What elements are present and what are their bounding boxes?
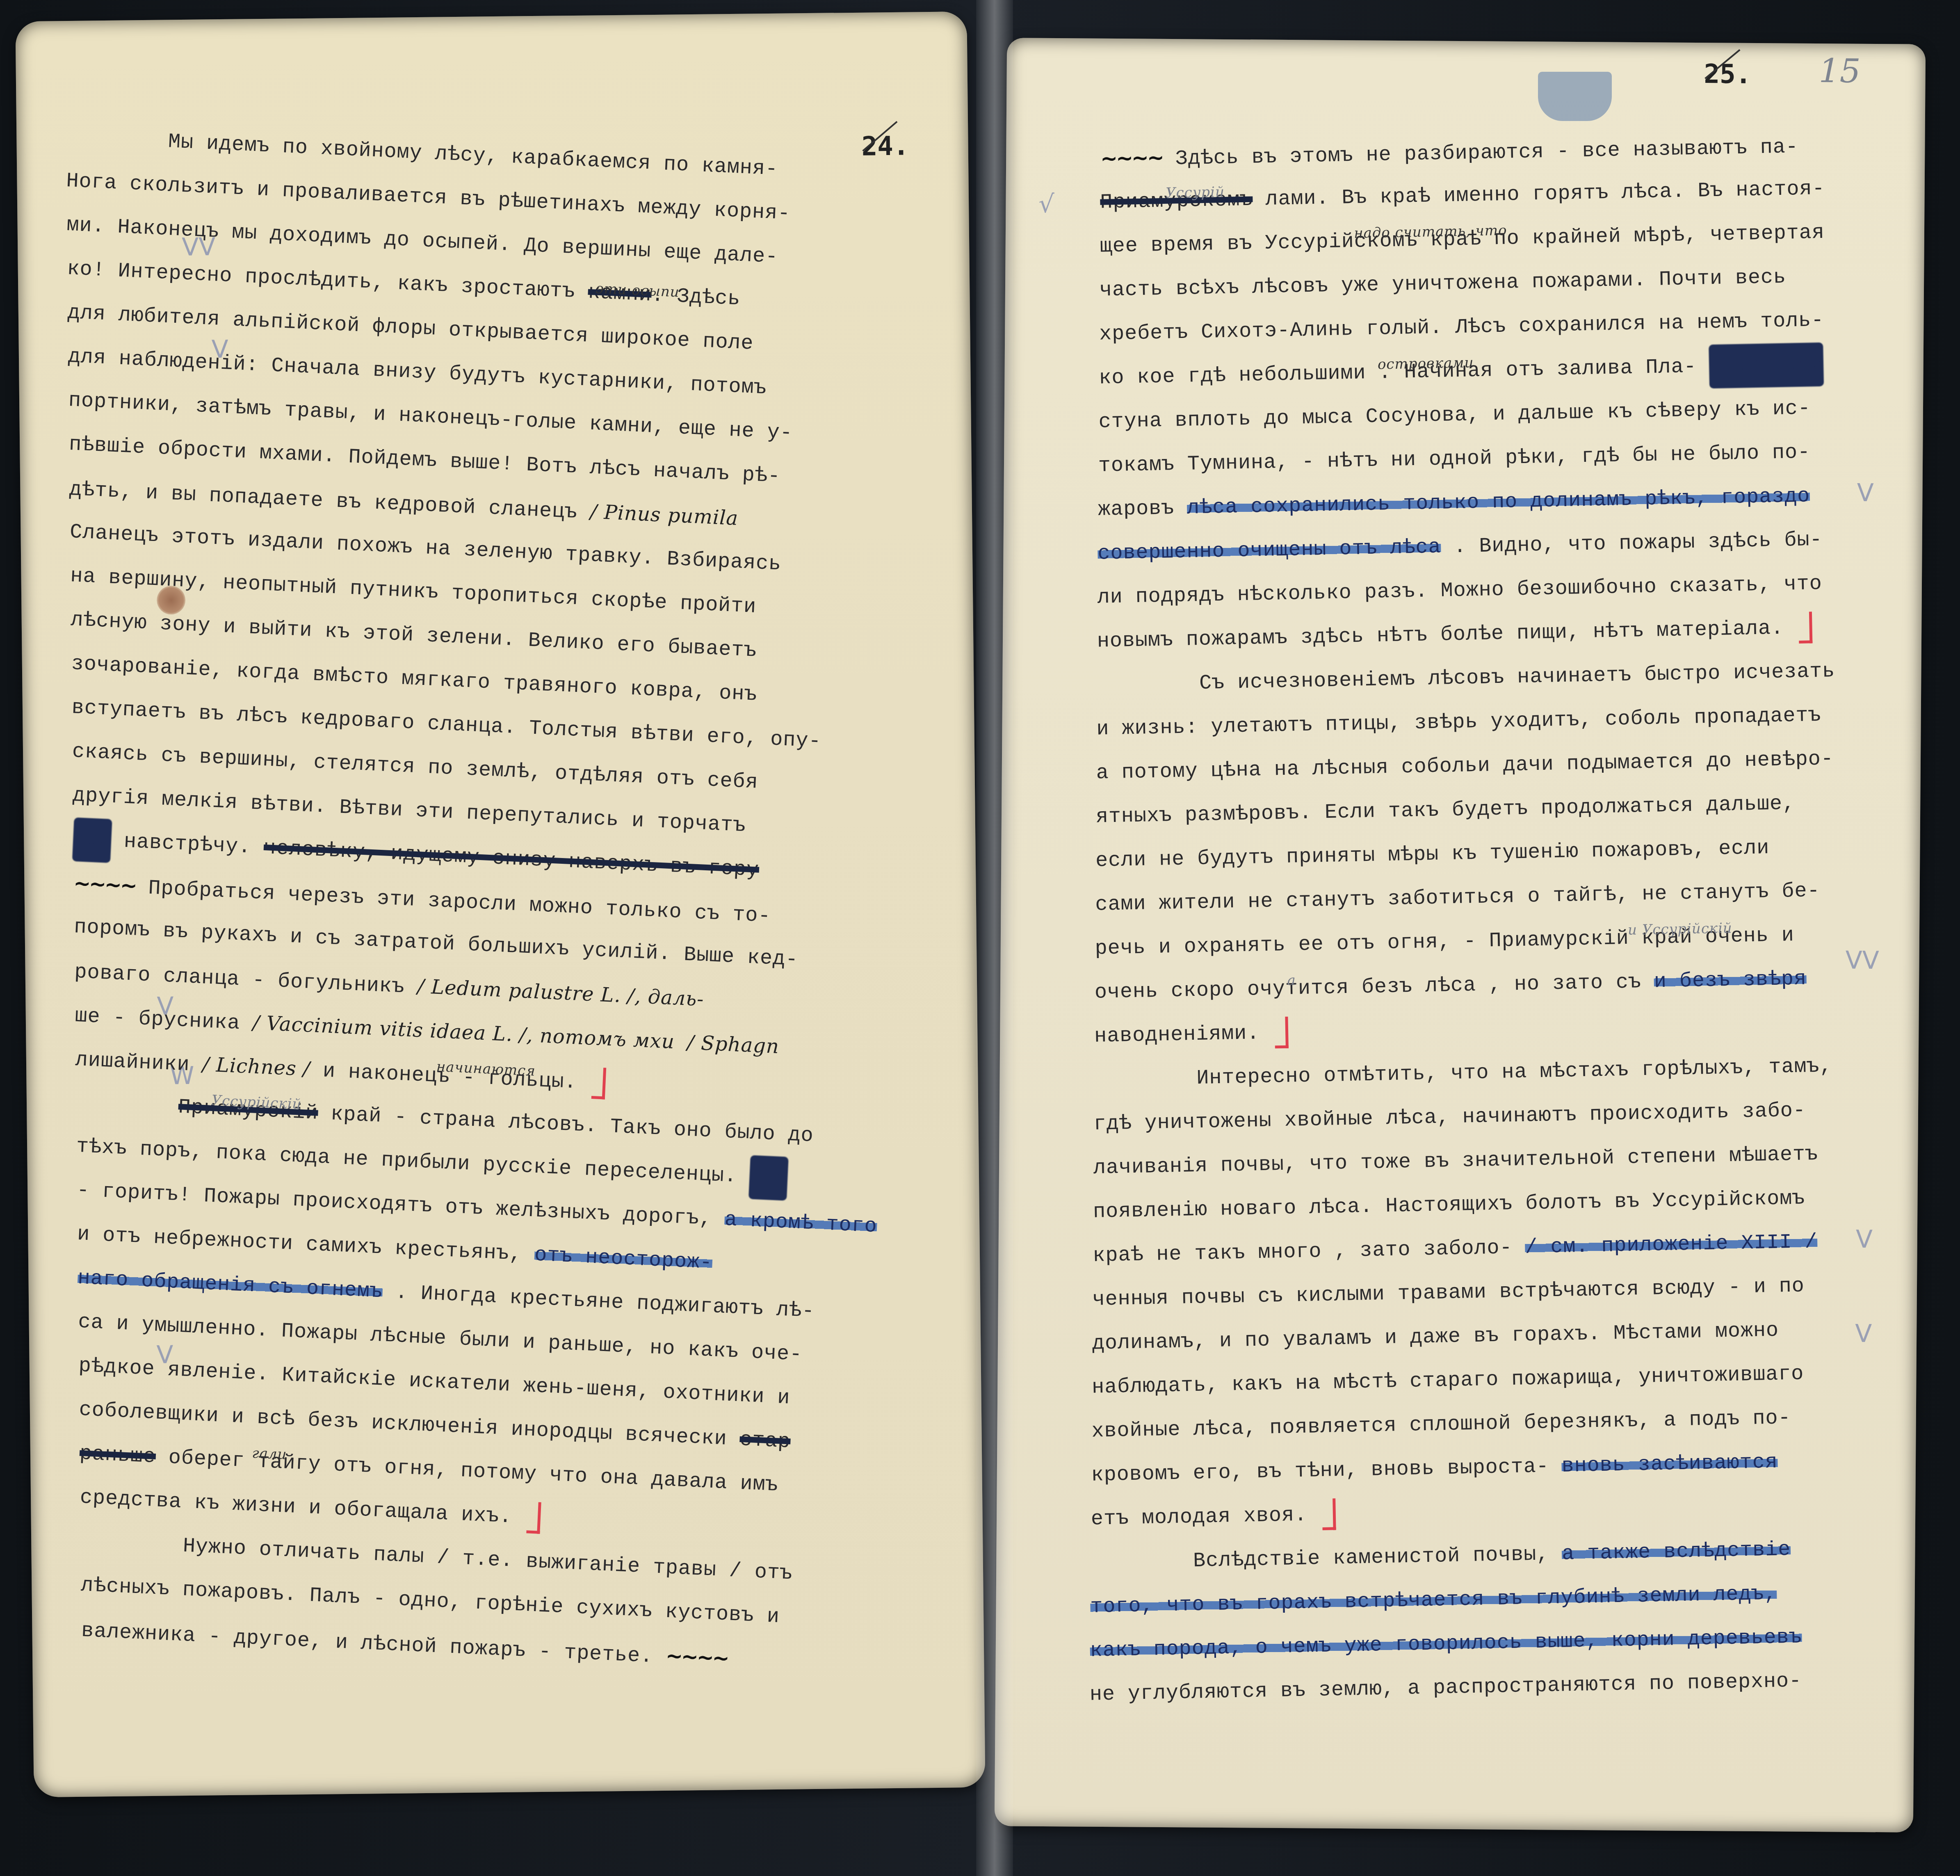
blue-strike: наго обращенія съ огнемъ (77, 1267, 383, 1304)
blue-strike: а кромѣ того (724, 1208, 878, 1239)
blue-paper-tab (1538, 72, 1612, 121)
handwritten-insert: а (1287, 959, 1296, 1002)
handwritten-insert: надо считать, что (1353, 209, 1507, 256)
red-paragraph-mark (1275, 1017, 1289, 1049)
handwritten-insert: островками (1377, 341, 1474, 386)
handwritten-latin-name: / Ledum palustre L. /, даль- (417, 975, 705, 1011)
handwritten-insert: и Уссурійскій (1627, 906, 1733, 952)
blue-strike: а также вслѣдствіе (1562, 1538, 1791, 1566)
margin-pencil-mark: √ (1038, 190, 1054, 219)
ink-blot-struck: раз (72, 817, 112, 863)
blue-strike: того, что въ горахъ встрѣчается въ глуби… (1090, 1582, 1777, 1619)
left-page-24: 24. VV V V W V Мы идемъ по хвойному лѣсу… (15, 11, 985, 1797)
red-paragraph-mark (526, 1502, 541, 1534)
red-paragraph-mark (591, 1067, 606, 1099)
red-paragraph-mark (1798, 612, 1812, 644)
blue-strike: какъ порода, о чемъ уже говорилось выше,… (1090, 1625, 1802, 1662)
squiggle-mark: ~~~~ (665, 1644, 728, 1671)
right-page-25: 25. 15 V VV V V √ ~~~~ Здѣсь въ этомъ не… (995, 38, 1926, 1833)
right-page-text: ~~~~ Здѣсь въ этомъ не разбираются - все… (1090, 137, 1901, 1723)
pencil-folio-number: 15 (1819, 52, 1860, 90)
blue-strike: отъ неосторож- (534, 1244, 713, 1275)
page-number-25: 25. (1704, 59, 1751, 90)
blue-strike: вновь засѣиваются (1561, 1451, 1778, 1478)
handwritten-insert: эти осыпи (595, 267, 680, 315)
handwritten-insert: гали (251, 1431, 288, 1477)
struck-word: участками (1709, 342, 1824, 388)
ink-blot: Спб (748, 1155, 789, 1200)
handwritten-insert: Уссурій (1165, 170, 1225, 215)
blue-strike: совершенно очищены отъ лѣса (1098, 536, 1441, 566)
handwritten-latin-name: / Lichnes / (202, 1053, 310, 1081)
blue-strike: / см. приложеніе XIII / (1525, 1230, 1818, 1260)
struck-word: стар (739, 1428, 791, 1454)
handwritten-insert: Уссурійскій (210, 1079, 303, 1127)
plastic-sleeve-fold (976, 0, 1013, 1876)
left-page-text: Мы идемъ по хвойному лѣсу, карабкаемся п… (66, 106, 984, 1651)
squiggle-mark: ~~~~ (73, 871, 136, 898)
handwritten-latin-name: / Sphagn (687, 1031, 780, 1058)
red-paragraph-mark (1322, 1499, 1336, 1531)
struck-word: раньше (79, 1442, 156, 1469)
handwritten-insert: начинаются (435, 1045, 536, 1093)
blue-strike: лѣса сохранились только по долинамъ рѣкъ… (1187, 484, 1810, 520)
squiggle-mark: ~~~~ (1100, 146, 1163, 171)
blue-strike: и безъ звѣря (1654, 967, 1807, 993)
handwritten-latin-name: / Pinus pumila (590, 500, 739, 530)
